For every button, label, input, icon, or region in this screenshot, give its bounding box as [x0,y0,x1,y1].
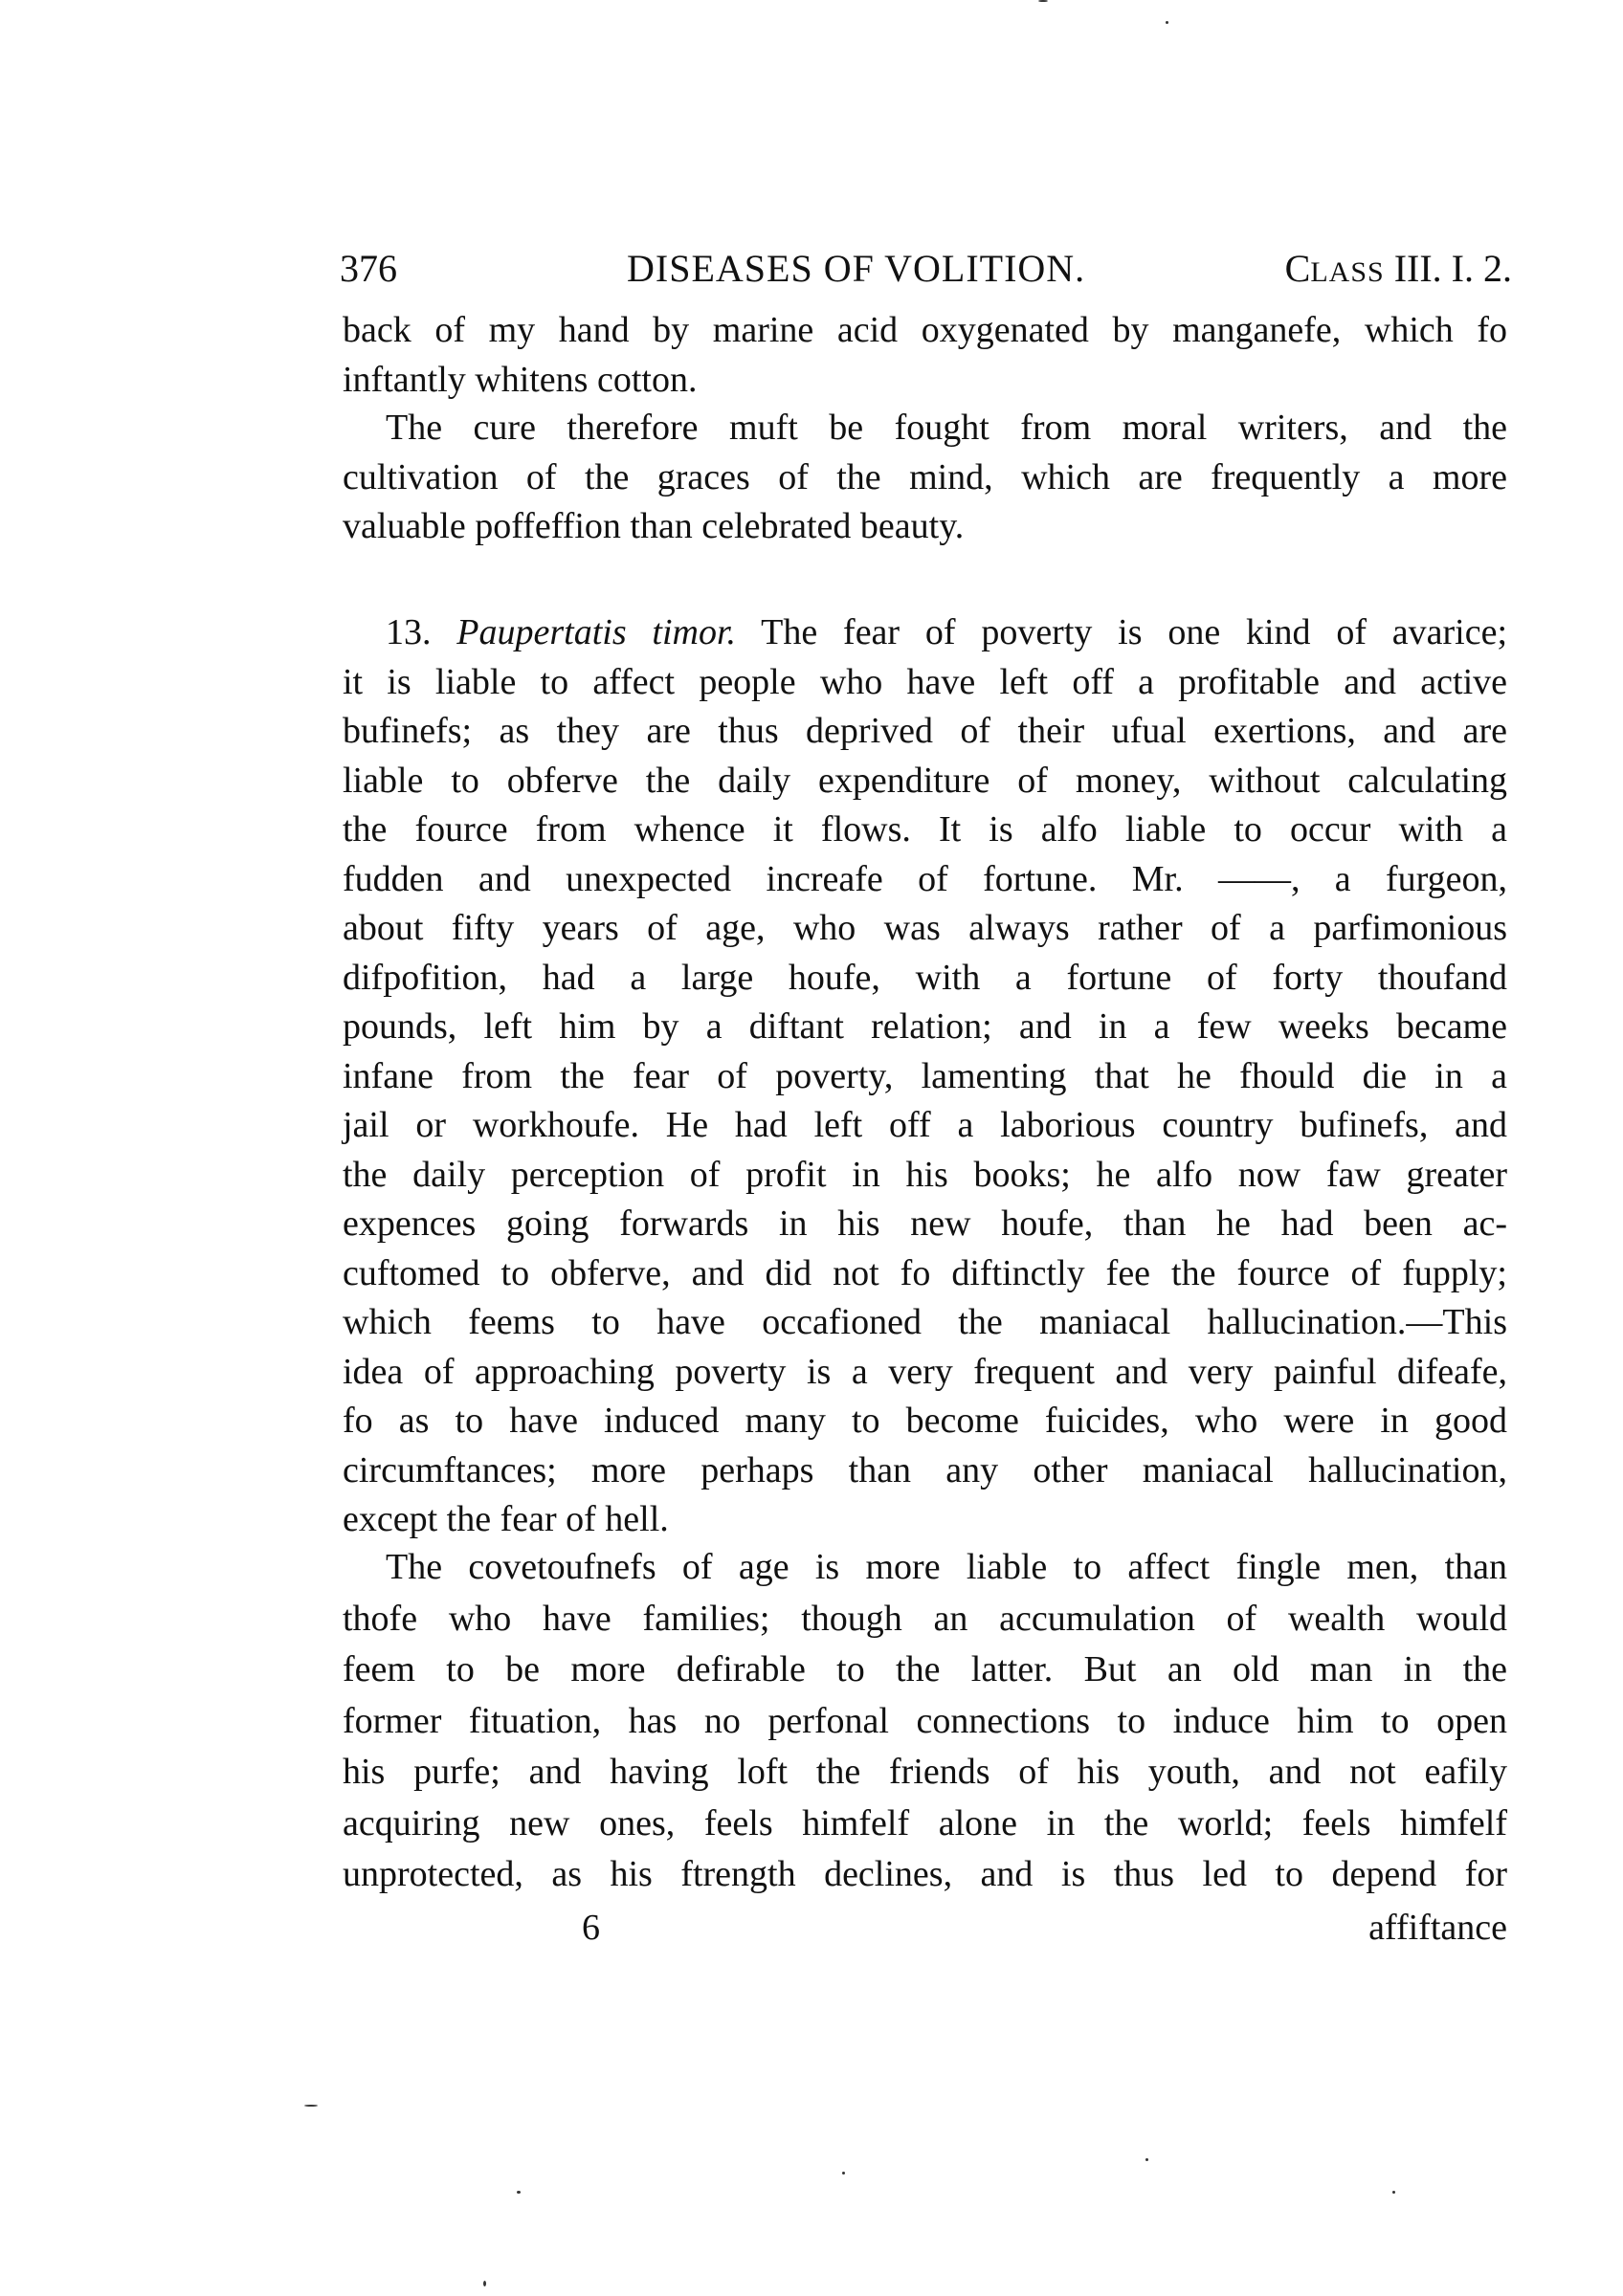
text-line: idea of approaching poverty is a very fr… [343,1348,1507,1398]
text-line: pounds, left him by a diftant relation; … [343,1003,1507,1052]
text-line: fudden and unexpected increafe of fortun… [343,855,1507,905]
section-13-paupertatis-timor: 13. Paupertatis timor. The fear of pover… [343,608,1507,1545]
latin-title: Paupertatis timor. [456,612,736,652]
text-line: except the fear of hell. [343,1495,1507,1545]
running-title: DISEASES OF VOLITION. [627,245,1085,293]
scan-speck [1392,2191,1395,2194]
text-line: infane from the fear of poverty, lamenti… [343,1052,1507,1102]
text-line: which feems to have occafioned the mania… [343,1298,1507,1348]
scan-speck [1038,0,1048,2]
text-line: it is liable to affect people who have l… [343,658,1507,708]
text-line: expences going forwards in his new houfe… [343,1200,1507,1249]
text-line: the daily perception of profit in his bo… [343,1151,1507,1201]
page-footer: 6 affiftance [343,1904,1507,1952]
text-line: difpofition, had a large houfe, with a f… [343,954,1507,1004]
text-line: the fource from whence it flows. It is a… [343,806,1507,855]
text-line: valuable poffeffion than celebrated beau… [343,502,1507,552]
class-suffix: III. I. 2. [1394,247,1512,290]
class-smallcaps: LASS [1310,256,1384,288]
class-reference: CLASS III. I. 2. [1285,245,1512,297]
signature-mark: 6 [582,1904,600,1952]
page-number: 376 [340,245,397,293]
text-line: former fituation, has no perfonal connec… [343,1696,1507,1748]
section-heading-line: 13. Paupertatis timor. The fear of pover… [343,608,1507,658]
paragraph-covetousness: The covetoufnefs of age is more liable t… [343,1542,1507,1901]
scan-speck [1145,2158,1148,2161]
text-line: unprotected, as his ftrength declines, a… [343,1849,1507,1901]
scan-speck [842,2172,845,2175]
text-line: circumftances; more perhaps than any oth… [343,1446,1507,1496]
text-line: jail or workhoufe. He had left off a lab… [343,1101,1507,1151]
text-line: back of my hand by marine acid oxygenate… [343,306,1507,356]
scan-speck [483,2281,486,2286]
catchword: affiftance [1368,1904,1507,1952]
text-line: The covetoufnefs of age is more liable t… [343,1542,1507,1594]
scan-speck [1166,21,1168,24]
text-line: fo as to have induced many to become fui… [343,1397,1507,1446]
text-line: bufinefs; as they are thus deprived of t… [343,707,1507,757]
scan-speck [517,2191,521,2194]
text-line: The cure therefore muft be fought from m… [343,404,1507,453]
text-line: cultivation of the graces of the mind, w… [343,453,1507,503]
text-line: inftantly whitens cotton. [343,356,1507,406]
scan-speck [304,2105,318,2107]
text-line: thofe who have families; though an accum… [343,1594,1507,1645]
text-line: his purfe; and having loft the friends o… [343,1747,1507,1799]
text-line: liable to obferve the daily expenditure … [343,757,1507,806]
text-line: about fifty years of age, who was always… [343,904,1507,954]
section-number: 13. [386,612,432,652]
paragraph-cure: The cure therefore muft be fought from m… [343,404,1507,552]
text-line: The fear of poverty is one kind of avari… [761,612,1507,652]
text-line: feem to be more defirable to the latter.… [343,1645,1507,1696]
text-line: acquiring new ones, feels himfelf alone … [343,1799,1507,1850]
book-page: 376 DISEASES OF VOLITION. CLASS III. I. … [0,0,1623,2296]
text-line: cuftomed to obferve, and did not fo dift… [343,1249,1507,1299]
paragraph-continuation: back of my hand by marine acid oxygenate… [343,306,1507,405]
running-header: 376 DISEASES OF VOLITION. CLASS III. I. … [340,245,1512,293]
class-prefix: C [1285,247,1311,290]
